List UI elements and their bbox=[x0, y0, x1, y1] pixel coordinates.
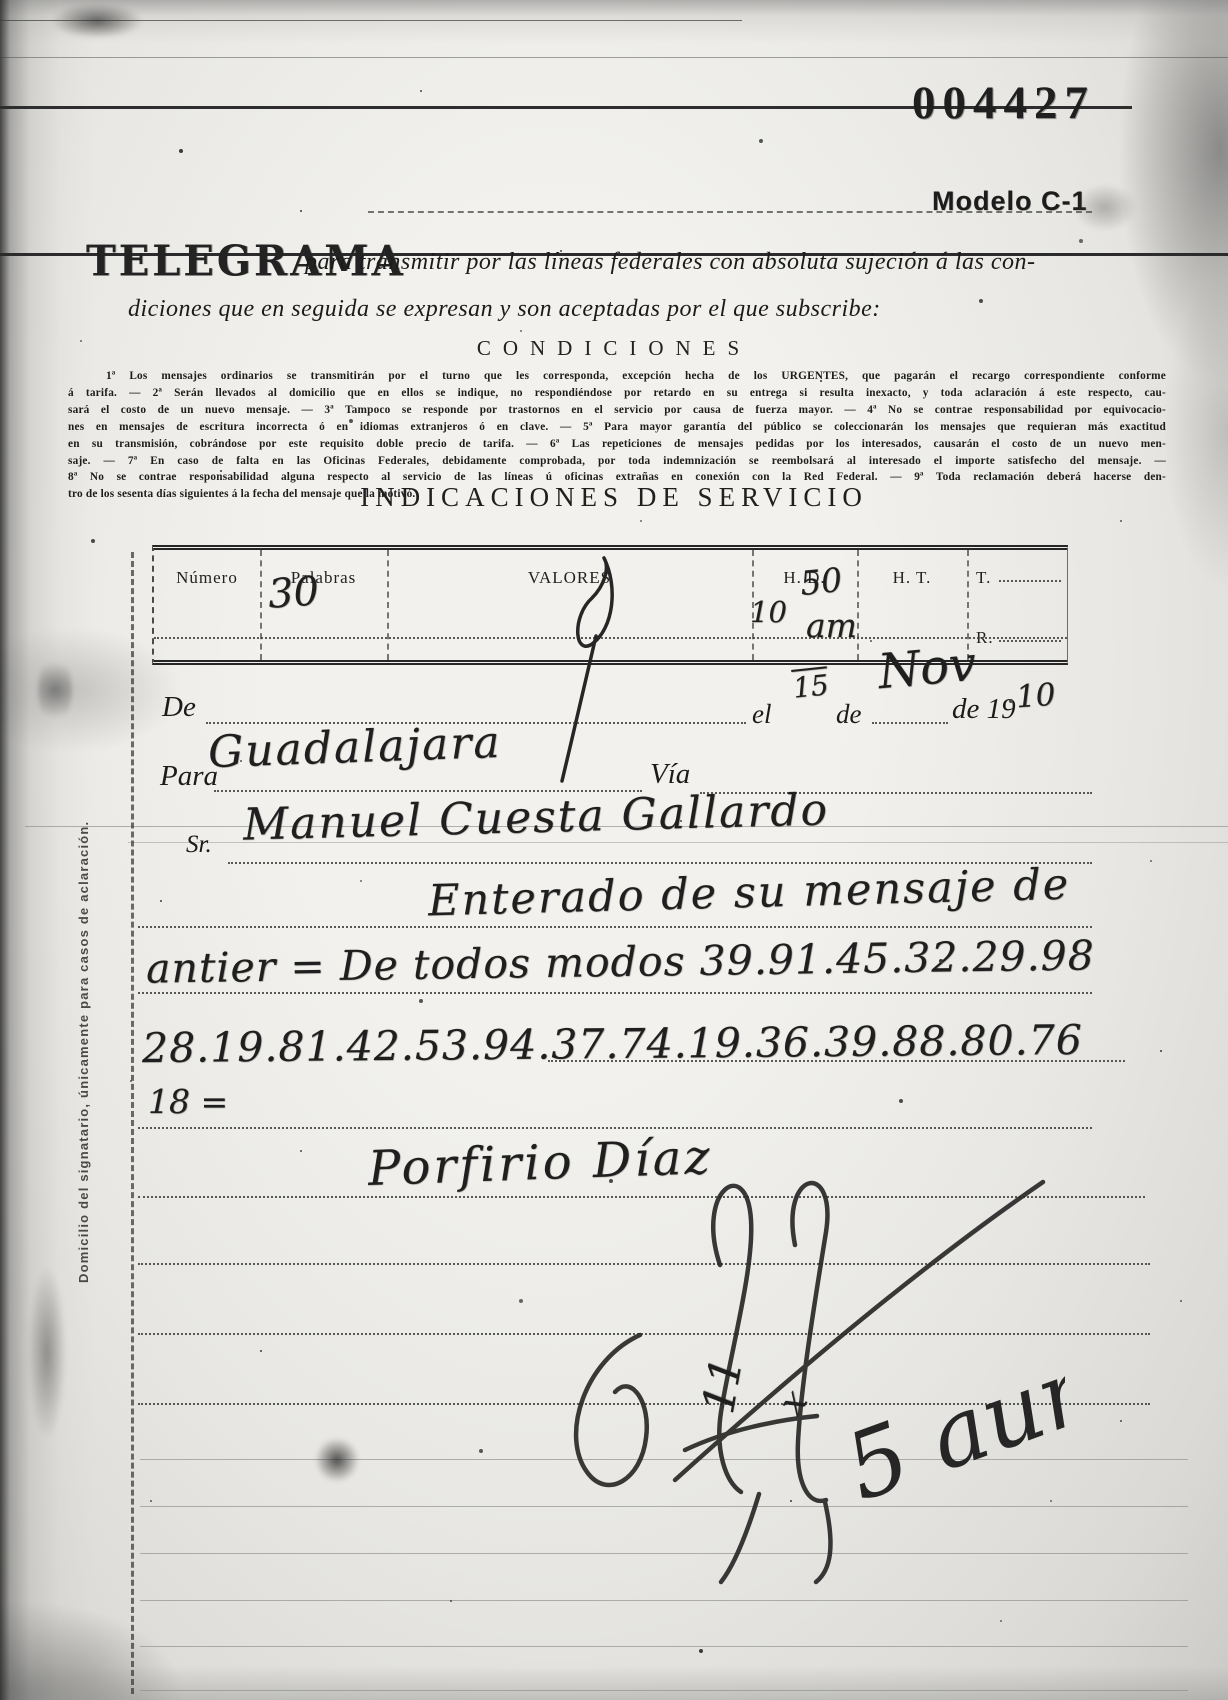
month-field-line bbox=[872, 722, 948, 724]
message-line: 28.19.81.42.53.94.37.74.19.36.39.88.80.7… bbox=[142, 1016, 1083, 1072]
margin-note: Domicilio del signatario, únicamente par… bbox=[76, 768, 91, 1283]
field-sr-label: Sr. bbox=[186, 831, 212, 859]
condiciones-line: sará el costo de un nuevo mensaje. — 3ª … bbox=[68, 402, 1166, 419]
photocopy-speckles bbox=[0, 0, 2, 2]
serial-number-stamp: 004427 bbox=[912, 76, 1095, 130]
field-de2-label: de bbox=[836, 699, 861, 730]
condiciones-line: saje. — 7ª En caso de falta en las Ofici… bbox=[68, 453, 1166, 470]
left-margin-dashed-rule bbox=[131, 552, 134, 1694]
subtitle-line-2: diciones que en seguida se expresan y so… bbox=[128, 296, 881, 323]
indicaciones-heading: INDICACIONES DE SERVICIO bbox=[0, 482, 1228, 513]
smudge bbox=[316, 1436, 358, 1484]
field-el-label: el bbox=[752, 699, 772, 730]
handwritten-month: Nov bbox=[876, 636, 979, 700]
model-label: Modelo C-1 bbox=[932, 186, 1088, 217]
handwritten-destination: Guadalajara bbox=[207, 717, 502, 778]
ruled-dotted-line bbox=[548, 1060, 1125, 1062]
rotated-note-11: 11 bbox=[693, 1353, 753, 1417]
condiciones-line: á tarifa. — 2ª Serán llevados al domicil… bbox=[68, 385, 1166, 402]
message-line: Enterado de su mensaje de bbox=[427, 860, 1070, 927]
col-header-ht: H. T. bbox=[857, 568, 967, 588]
message-line: 18 = bbox=[148, 1082, 228, 1121]
handwritten-addressee: Manuel Cuesta Gallardo bbox=[242, 784, 829, 850]
smudge bbox=[1075, 185, 1135, 230]
handwritten-word-count: 30 bbox=[266, 568, 320, 617]
field-via-label: Vía bbox=[650, 758, 690, 791]
subtitle-line-1: para transmitir por las líneas federales… bbox=[305, 249, 1035, 276]
col-header-numero: Número bbox=[154, 568, 260, 588]
telegram-form-scan: 004427 Modelo C-1 TELEGRAMA para transmi… bbox=[0, 0, 1228, 1700]
ruled-dotted-line bbox=[138, 926, 1092, 928]
handwritten-hd-hour: 10 bbox=[750, 595, 787, 629]
ruled-dotted-line bbox=[138, 992, 1092, 994]
column-divider bbox=[387, 550, 389, 660]
field-de-label: De bbox=[162, 691, 196, 724]
message-line: antier = De todos modos 39.91.45.32.29.9… bbox=[146, 931, 1095, 992]
condiciones-heading: CONDICIONES bbox=[0, 336, 1228, 361]
scan-line bbox=[0, 57, 1228, 58]
signature-flourish: 5 aur bbox=[545, 1150, 1065, 1590]
ruled-line bbox=[140, 1600, 1188, 1601]
condiciones-line: nes en mensajes de escritura incorrecta … bbox=[68, 419, 1166, 436]
condiciones-line: 1ª Los mensajes ordinarios se transmitir… bbox=[68, 368, 1166, 385]
handwritten-year: 10 bbox=[1015, 677, 1057, 716]
valores-pen-flourish bbox=[552, 546, 632, 791]
scrawl-text: 5 aur bbox=[832, 1336, 1065, 1522]
smudge bbox=[38, 655, 72, 725]
r-leader-dots bbox=[999, 640, 1061, 642]
column-divider bbox=[857, 550, 859, 660]
ruled-line bbox=[140, 1690, 1188, 1691]
col-header-t: T. bbox=[976, 568, 1006, 588]
column-divider bbox=[260, 550, 262, 660]
field-year-prefix: de 19 bbox=[952, 693, 1016, 726]
smudge bbox=[28, 1268, 66, 1438]
t-leader-dots bbox=[999, 580, 1061, 582]
condiciones-line: en su transmisión, cobrándose por este r… bbox=[68, 436, 1166, 453]
ruled-line bbox=[140, 1646, 1188, 1647]
ruled-dotted-line bbox=[138, 1127, 1092, 1129]
handwritten-hd-minutes: 50 bbox=[798, 560, 844, 603]
handwritten-day: 15 bbox=[791, 668, 830, 705]
handwritten-hd-meridiem: am bbox=[806, 606, 857, 645]
smudge bbox=[52, 4, 142, 38]
